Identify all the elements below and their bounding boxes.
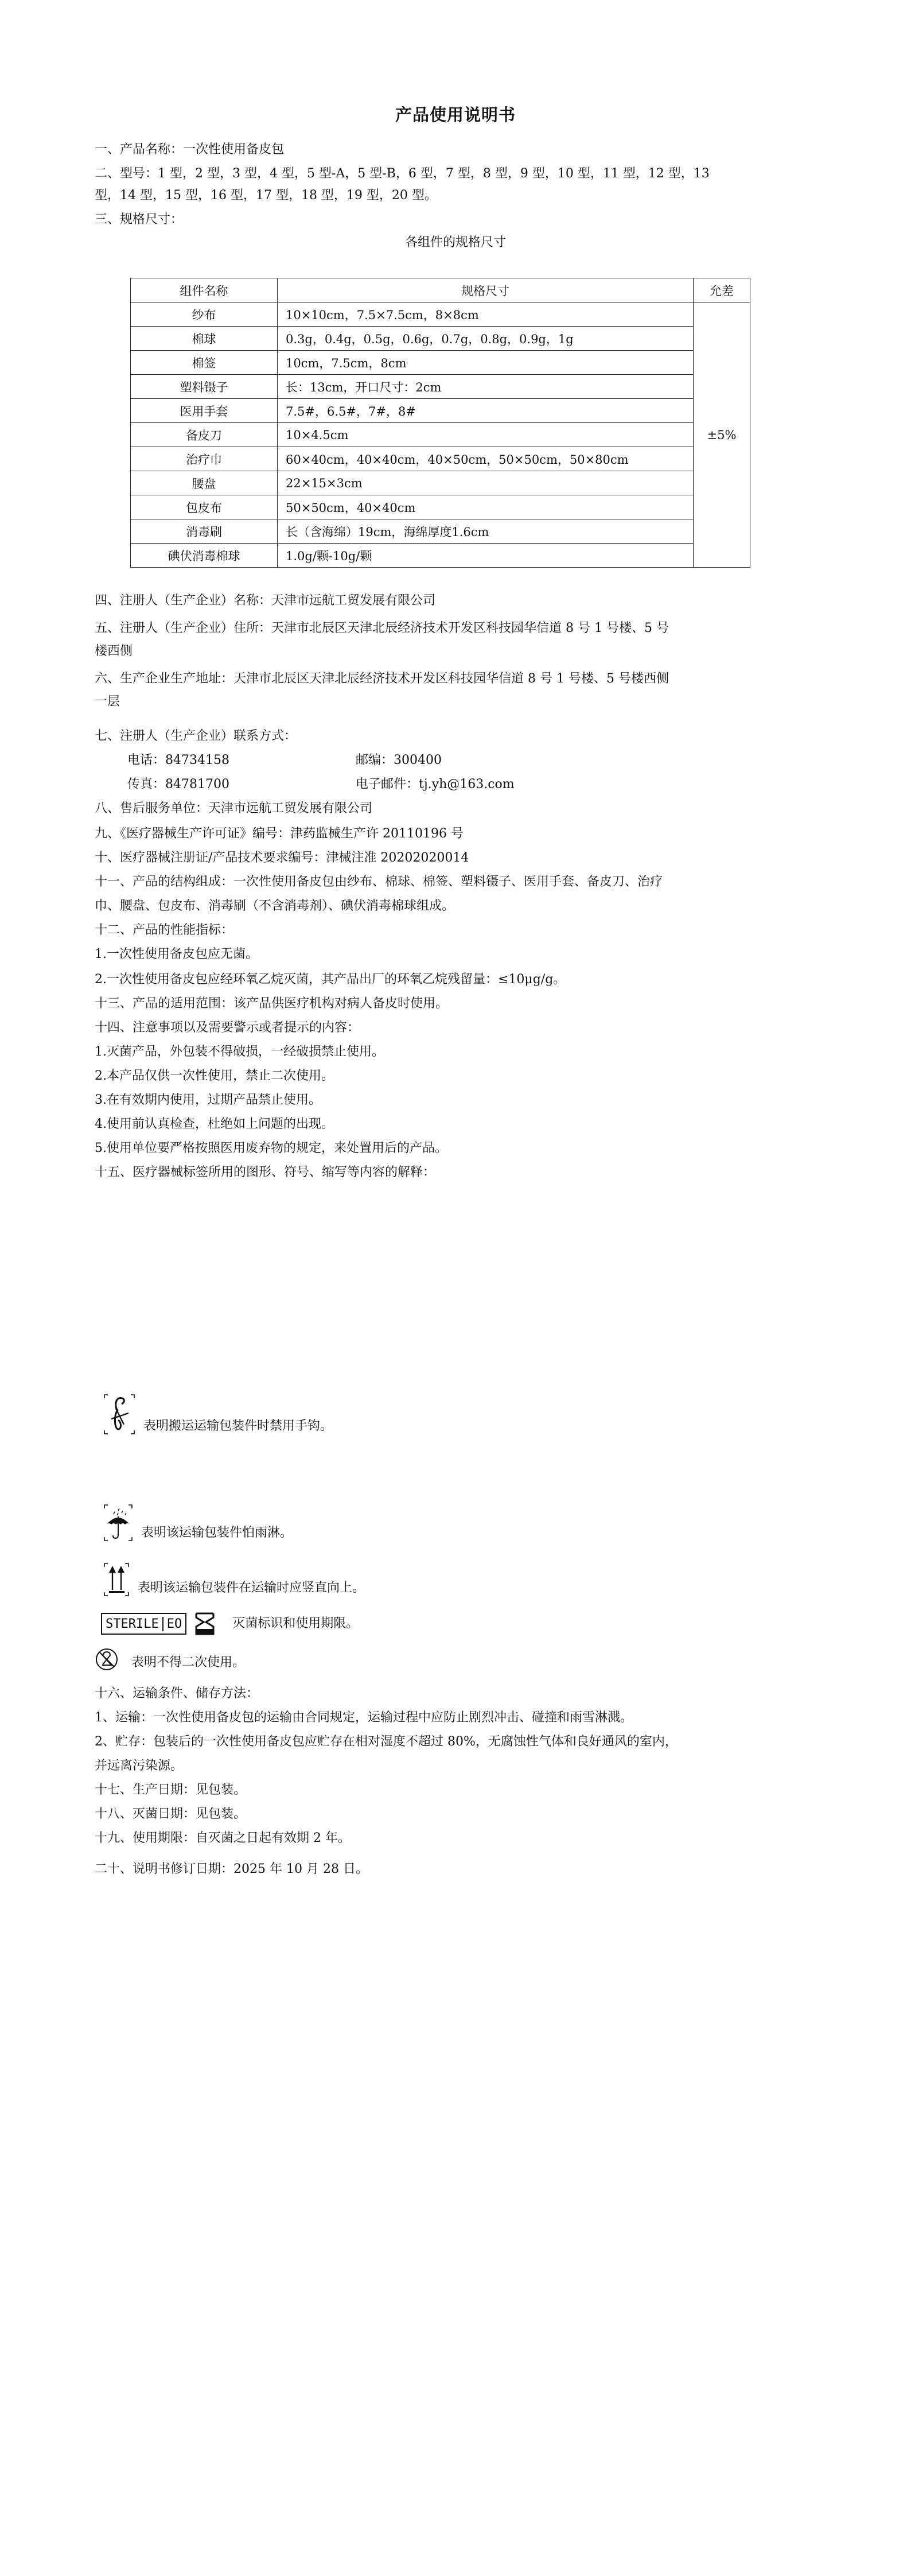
section-after-sales: 八、售后服务单位：天津市远航工贸发展有限公司 <box>95 797 826 821</box>
contact-fax: 传真：84781700 <box>127 773 229 797</box>
cell-name: 棉球 <box>131 327 278 351</box>
section-production-address-line1: 六、生产企业生产地址：天津市北辰区天津北辰经济技术开发区科技园华信道 8 号 1… <box>95 667 826 691</box>
cell-size: 10×10cm，7.5×7.5cm，8×8cm <box>278 302 694 327</box>
cell-tolerance: ±5% <box>694 302 750 568</box>
contact-phone: 电话：84734158 <box>127 748 229 773</box>
symbol-description: 表明搬运运输包装件时禁用手钩。 <box>143 1418 333 1435</box>
cell-size: 60×40cm，40×40cm，40×50cm，50×50cm，50×80cm <box>278 447 694 471</box>
keep-dry-umbrella-icon <box>103 1504 133 1542</box>
section-revision-date: 二十、说明书修订日期：2025 年 10 月 28 日。 <box>95 1857 826 1881</box>
spec-table: 组件名称 规格尺寸 允差 纱布 10×10cm，7.5×7.5cm，8×8cm … <box>130 278 750 568</box>
symbol-description: 表明该运输包装件怕雨淋。 <box>141 1524 293 1542</box>
cell-name: 治疗巾 <box>131 447 278 471</box>
precaution-item: 3.在有效期内使用，过期产品禁止使用。 <box>95 1088 826 1112</box>
cell-size: 1.0g/颗-10g/颗 <box>278 544 694 568</box>
table-row: 塑料镊子 长：13cm，开口尺寸：2cm <box>131 375 750 399</box>
header-tolerance: 允差 <box>694 278 750 302</box>
table-row: 包皮布 50×50cm，40×40cm <box>131 495 750 519</box>
cell-size: 50×50cm，40×40cm <box>278 495 694 519</box>
section-sterilization-date: 十八、灭菌日期：见包装。 <box>95 1802 826 1826</box>
precaution-item: 4.使用前认真检查，杜绝如上问题的出现。 <box>95 1112 826 1136</box>
table-row: 备皮刀 10×4.5cm <box>131 423 750 447</box>
section-production-date: 十七、生产日期：见包装。 <box>95 1778 826 1802</box>
section-specs-heading: 三、规格尺寸： <box>95 208 826 232</box>
section-models-line1: 二、型号：1 型，2 型，3 型，4 型，5 型-A，5 型-B，6 型，7 型… <box>95 162 826 186</box>
section-shelf-life: 十九、使用期限：自灭菌之日起有效期 2 年。 <box>95 1826 826 1850</box>
sterile-eo-expiry-icon: STERILE EO <box>101 1613 186 1635</box>
table-caption: 各组件的规格尺寸 <box>0 231 911 255</box>
section-registrant-address-line1: 五、注册人（生产企业）住所：天津市北辰区天津北辰经济技术开发区科技园华信道 8 … <box>95 616 826 641</box>
contact-email: 电子邮件：tj.yh@163.com <box>356 773 515 797</box>
section-models-line2: 型，14 型，15 型，16 型，17 型，18 型，19 型，20 型。 <box>95 184 826 208</box>
section-contact-heading: 七、注册人（生产企业）联系方式： <box>95 724 826 748</box>
table-row: 棉球 0.3g，0.4g，0.5g，0.6g，0.7g，0.8g，0.9g，1g <box>131 327 750 351</box>
table-row: 消毒刷 长（含海绵）19cm，海绵厚度1.6cm <box>131 519 750 544</box>
do-not-reuse-icon <box>95 1647 119 1671</box>
cell-size: 0.3g，0.4g，0.5g，0.6g，0.7g，0.8g，0.9g，1g <box>278 327 694 351</box>
instruction-document: 产品使用说明书 一、产品名称：一次性使用备皮包 二、型号：1 型，2 型，3 型… <box>0 0 911 2576</box>
section-composition-line2: 巾、腰盘、包皮布、消毒刷（不含消毒剂）、碘伏消毒棉球组成。 <box>95 894 826 918</box>
symbol-row-this-way-up: 表明该运输包装件在运输时应竖直向上。 <box>103 1562 365 1597</box>
cell-name: 纱布 <box>131 302 278 327</box>
table-row: 棉签 10cm，7.5cm，8cm <box>131 351 750 375</box>
cell-name: 消毒刷 <box>131 519 278 544</box>
section-registration-number: 十、医疗器械注册证/产品技术要求编号：津械注准 20202020014 <box>95 846 826 870</box>
cell-size: 10cm，7.5cm，8cm <box>278 351 694 375</box>
section-registrant-address-line2: 楼西侧 <box>95 639 826 664</box>
section-symbols-heading: 十五、医疗器械标签所用的图形、符号、缩写等内容的解释： <box>95 1161 826 1185</box>
cell-name: 碘伏消毒棉球 <box>131 544 278 568</box>
hourglass-expiry-icon <box>194 1612 215 1636</box>
cell-name: 棉签 <box>131 351 278 375</box>
section-transport-storage-heading: 十六、运输条件、储存方法： <box>95 1682 826 1706</box>
document-title: 产品使用说明书 <box>0 102 911 126</box>
symbol-row-do-not-reuse: 表明不得二次使用。 <box>95 1647 245 1671</box>
table-row: 医用手套 7.5#，6.5#，7#，8# <box>131 399 750 423</box>
cell-size: 10×4.5cm <box>278 423 694 447</box>
no-hooks-icon <box>103 1394 135 1435</box>
section-registrant-name: 四、注册人（生产企业）名称：天津市远航工贸发展有限公司 <box>95 589 826 613</box>
section-scope: 十三、产品的适用范围：该产品供医疗机构对病人备皮时使用。 <box>95 992 826 1016</box>
cell-name: 医用手套 <box>131 399 278 423</box>
sterile-method-label: EO <box>162 1617 186 1631</box>
symbol-row-no-hooks: 表明搬运运输包装件时禁用手钩。 <box>103 1394 333 1435</box>
header-component-name: 组件名称 <box>131 278 278 302</box>
transport-storage-item: 并远离污染源。 <box>95 1754 826 1778</box>
precaution-item: 5.使用单位要严格按照医用废弃物的规定，来处置用后的产品。 <box>95 1136 826 1161</box>
transport-storage-item: 2、贮存：包装后的一次性使用备皮包应贮存在相对湿度不超过 80%，无腐蚀性气体和… <box>95 1730 826 1754</box>
cell-name: 包皮布 <box>131 495 278 519</box>
transport-storage-item: 1、运输：一次性使用备皮包的运输由合同规定，运输过程中应防止剧烈冲击、碰撞和雨雪… <box>95 1706 826 1730</box>
cell-size: 长（含海绵）19cm，海绵厚度1.6cm <box>278 519 694 544</box>
precaution-item: 1.灭菌产品，外包装不得破损，一经破损禁止使用。 <box>95 1040 826 1064</box>
cell-name: 备皮刀 <box>131 423 278 447</box>
table-header-row: 组件名称 规格尺寸 允差 <box>131 278 750 302</box>
table-row: 纱布 10×10cm，7.5×7.5cm，8×8cm ±5% <box>131 302 750 327</box>
performance-item: 2.一次性使用备皮包应经环氧乙烷灭菌，其产品出厂的环氧乙烷残留量：≤10μg/g… <box>95 968 826 992</box>
symbol-row-sterile: STERILE EO 灭菌标识和使用期限。 <box>101 1612 359 1636</box>
section-production-address-line2: 一层 <box>95 690 826 714</box>
performance-item: 1.一次性使用备皮包应无菌。 <box>95 942 826 967</box>
symbol-description: 表明不得二次使用。 <box>131 1654 245 1671</box>
section-production-license: 九、《医疗器械生产许可证》编号：津药监械生产许 20110196 号 <box>95 822 826 846</box>
symbol-description: 灭菌标识和使用期限。 <box>232 1615 359 1632</box>
contact-postcode: 邮编：300400 <box>356 748 442 773</box>
cell-size: 7.5#，6.5#，7#，8# <box>278 399 694 423</box>
cell-size: 长：13cm，开口尺寸：2cm <box>278 375 694 399</box>
cell-size: 22×15×3cm <box>278 471 694 495</box>
sterile-label: STERILE <box>102 1617 162 1631</box>
header-spec-size: 规格尺寸 <box>278 278 694 302</box>
precaution-item: 2.本产品仅供一次性使用，禁止二次使用。 <box>95 1064 826 1088</box>
cell-name: 塑料镊子 <box>131 375 278 399</box>
section-precautions-heading: 十四、注意事项以及需要警示或者提示的内容： <box>95 1016 826 1040</box>
section-performance-heading: 十二、产品的性能指标： <box>95 918 826 942</box>
symbol-row-keep-dry: 表明该运输包装件怕雨淋。 <box>103 1504 293 1542</box>
symbol-description: 表明该运输包装件在运输时应竖直向上。 <box>138 1580 365 1597</box>
this-way-up-icon <box>103 1562 130 1597</box>
section-composition-line1: 十一、产品的结构组成：一次性使用备皮包由纱布、棉球、棉签、塑料镊子、医用手套、备… <box>95 870 826 894</box>
table-row: 碘伏消毒棉球 1.0g/颗-10g/颗 <box>131 544 750 568</box>
cell-name: 腰盘 <box>131 471 278 495</box>
table-row: 治疗巾 60×40cm，40×40cm，40×50cm，50×50cm，50×8… <box>131 447 750 471</box>
table-row: 腰盘 22×15×3cm <box>131 471 750 495</box>
section-product-name: 一、产品名称：一次性使用备皮包 <box>95 138 826 162</box>
